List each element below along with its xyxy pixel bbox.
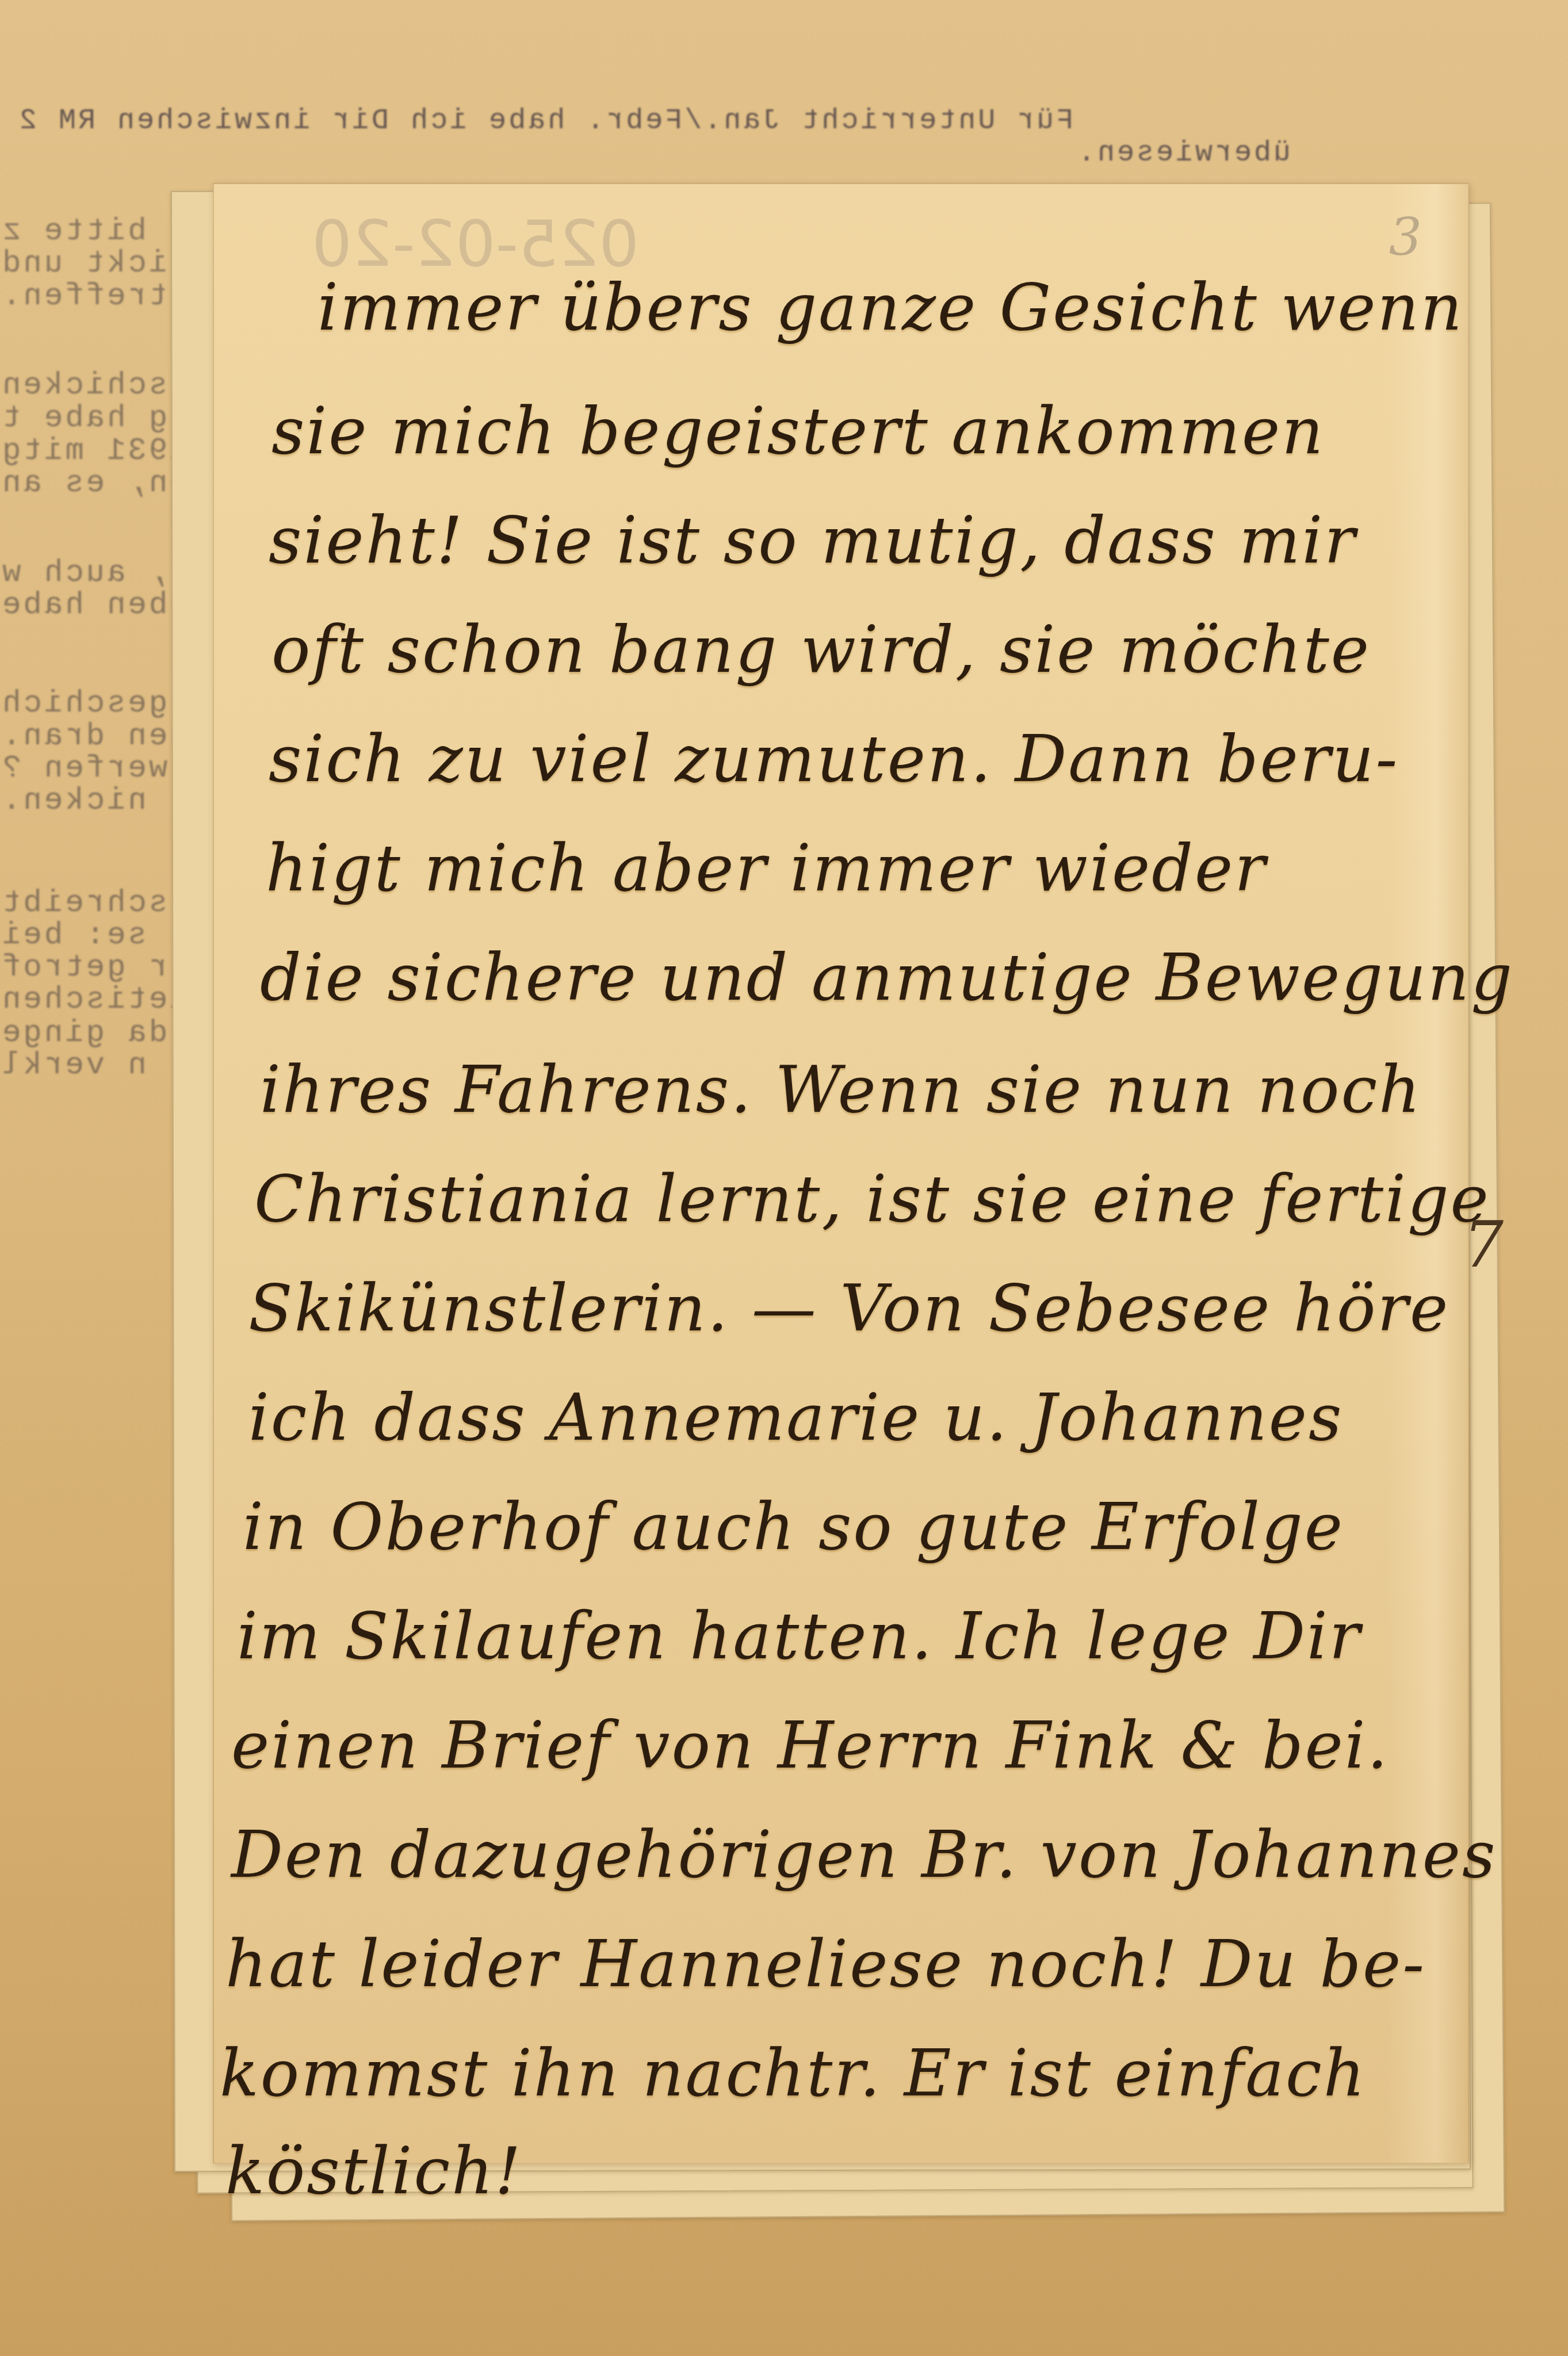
typed-line-top-2: überwiesen. — [1076, 137, 1291, 170]
typed-fragment: r getrof — [0, 950, 167, 985]
letter-line: hat leider Hanneliese noch! Du be- — [225, 1927, 1426, 2002]
letter-line: sie mich begeistert ankommen — [271, 394, 1325, 469]
typed-fragment: n verkl — [0, 1048, 147, 1083]
typed-fragment: en, es an — [0, 466, 189, 501]
letter-line: oft schon bang wird, sie möchte — [271, 613, 1371, 687]
typed-fragment: schreibt — [0, 886, 167, 921]
margin-mark: 7 — [1463, 1208, 1504, 1282]
letter-line: higt mich aber immer wieder — [266, 831, 1267, 906]
letter-line: ich dass Annemarie u. Johannes — [248, 1380, 1344, 1455]
letter-line: immer übers ganze Gesicht wenn — [318, 270, 1464, 345]
typed-fragment: ietischen — [0, 982, 189, 1018]
typed-fragment: se: bei — [0, 918, 147, 953]
typed-fragment: nicken. — [0, 783, 147, 819]
handwritten-letter-page: 025-02-20 3 immer übers ganze Gesicht we… — [213, 183, 1469, 2164]
typed-line-top-1: Für Unterricht Jan./Febr. habe ich Dir i… — [17, 105, 1073, 137]
letter-line: im Skilaufen hatten. Ich lege Dir — [237, 1599, 1362, 1674]
letter-line: köstlich! — [225, 2134, 522, 2209]
letter-line: Christiania lernt, ist sie eine fertige — [254, 1162, 1490, 1237]
letter-line: Skikünstlerin. — Von Sebesee höre — [248, 1271, 1450, 1346]
typed-fragment: nen dran. — [0, 719, 189, 754]
letter-line: Den dazugehörigen Br. von Johannes — [231, 1818, 1497, 1892]
letter-line: ihres Fahrens. Wenn sie nun noch — [260, 1053, 1422, 1127]
letter-line: die sichere und anmutige Bewegung — [260, 940, 1514, 1015]
letter-line: in Oberhof auch so gute Erfolge — [243, 1490, 1344, 1565]
letter-line: sich zu viel zumuten. Dann beru- — [269, 722, 1399, 797]
letter-line: sieht! Sie ist so mutig, dass mir — [269, 503, 1357, 578]
bleed-through-number: 025-02-20 — [312, 207, 639, 281]
letter-line: kommst ihn nachtr. Er ist einfach — [220, 2036, 1367, 2111]
typed-fragment: werfen ? — [0, 751, 167, 786]
letter-line: einen Brief von Herrn Fink & bei. — [231, 1708, 1389, 1783]
typed-fragment: da ginge — [0, 1016, 167, 1051]
page-number: 3 — [1389, 207, 1422, 267]
